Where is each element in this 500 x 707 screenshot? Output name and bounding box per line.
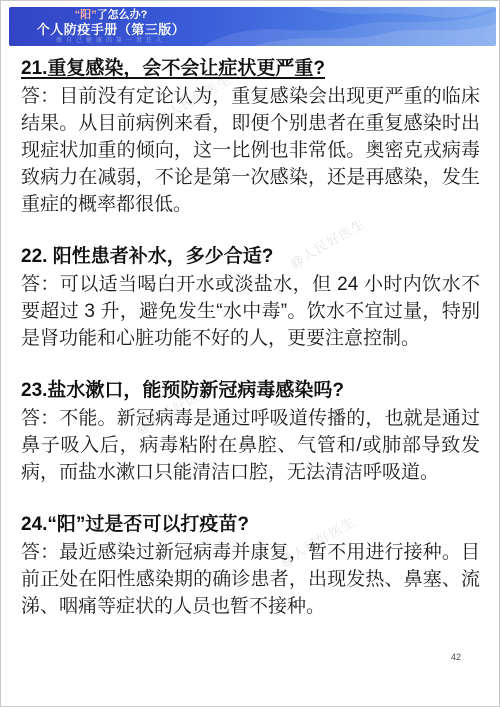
qa-section-22: 22. 阳性患者补水，多少合适? 答：可以适当喝白开水或淡盐水，但 24 小时内… [21, 244, 480, 352]
answer-paragraph: 答：可以适当喝白开水或淡盐水，但 24 小时内饮水不要超过 3 升，避免发生“水… [21, 271, 480, 352]
banner-title: “阳”了怎么办? [31, 9, 191, 22]
banner-subtitle: 个人防疫手册（第三版） [31, 22, 191, 37]
question-heading: 22. 阳性患者补水，多少合适? [21, 244, 480, 270]
question-heading: 24.“阳”过是否可以打疫苗? [21, 512, 480, 538]
banner-tagline: 做自己健康的第一责任人 [31, 37, 191, 46]
banner-title-rest: 了怎么办? [97, 9, 148, 21]
qa-section-21: 21.重复感染，会不会让症状更严重? 答：目前没有定论认为，重复感染会出现更严重… [21, 56, 480, 218]
page-number: 42 [451, 652, 461, 662]
handbook-page: “阳”了怎么办? 个人防疫手册（第三版） 做自己健康的第一责任人 21.重复感染… [0, 0, 500, 707]
qa-section-23: 23.盐水漱口，能预防新冠病毒感染吗? 答：不能。新冠病毒是通过呼吸道传播的，也… [21, 378, 480, 486]
answer-paragraph: 答：最近感染过新冠病毒并康复，暂不用进行接种。目前正处在阳性感染期的确诊患者，出… [21, 539, 480, 620]
answer-paragraph: 答：目前没有定论认为，重复感染会出现更严重的临床结果。从目前病例来看，即便个别患… [21, 83, 480, 218]
question-heading: 23.盐水漱口，能预防新冠病毒感染吗? [21, 378, 480, 404]
question-heading: 21.重复感染，会不会让症状更严重? [21, 56, 480, 82]
qa-section-24: 24.“阳”过是否可以打疫苗? 答：最近感染过新冠病毒并康复，暂不用进行接种。目… [21, 512, 480, 620]
answer-paragraph: 答：不能。新冠病毒是通过呼吸道传播的，也就是通过鼻子吸入后，病毒粘附在鼻腔、气管… [21, 405, 480, 486]
banner-text-block: “阳”了怎么办? 个人防疫手册（第三版） 做自己健康的第一责任人 [31, 9, 191, 46]
header-banner: “阳”了怎么办? 个人防疫手册（第三版） 做自己健康的第一责任人 [9, 7, 496, 46]
banner-title-highlight: “阳” [75, 9, 97, 21]
qa-list: 21.重复感染，会不会让症状更严重? 答：目前没有定论认为，重复感染会出现更严重… [21, 56, 480, 646]
